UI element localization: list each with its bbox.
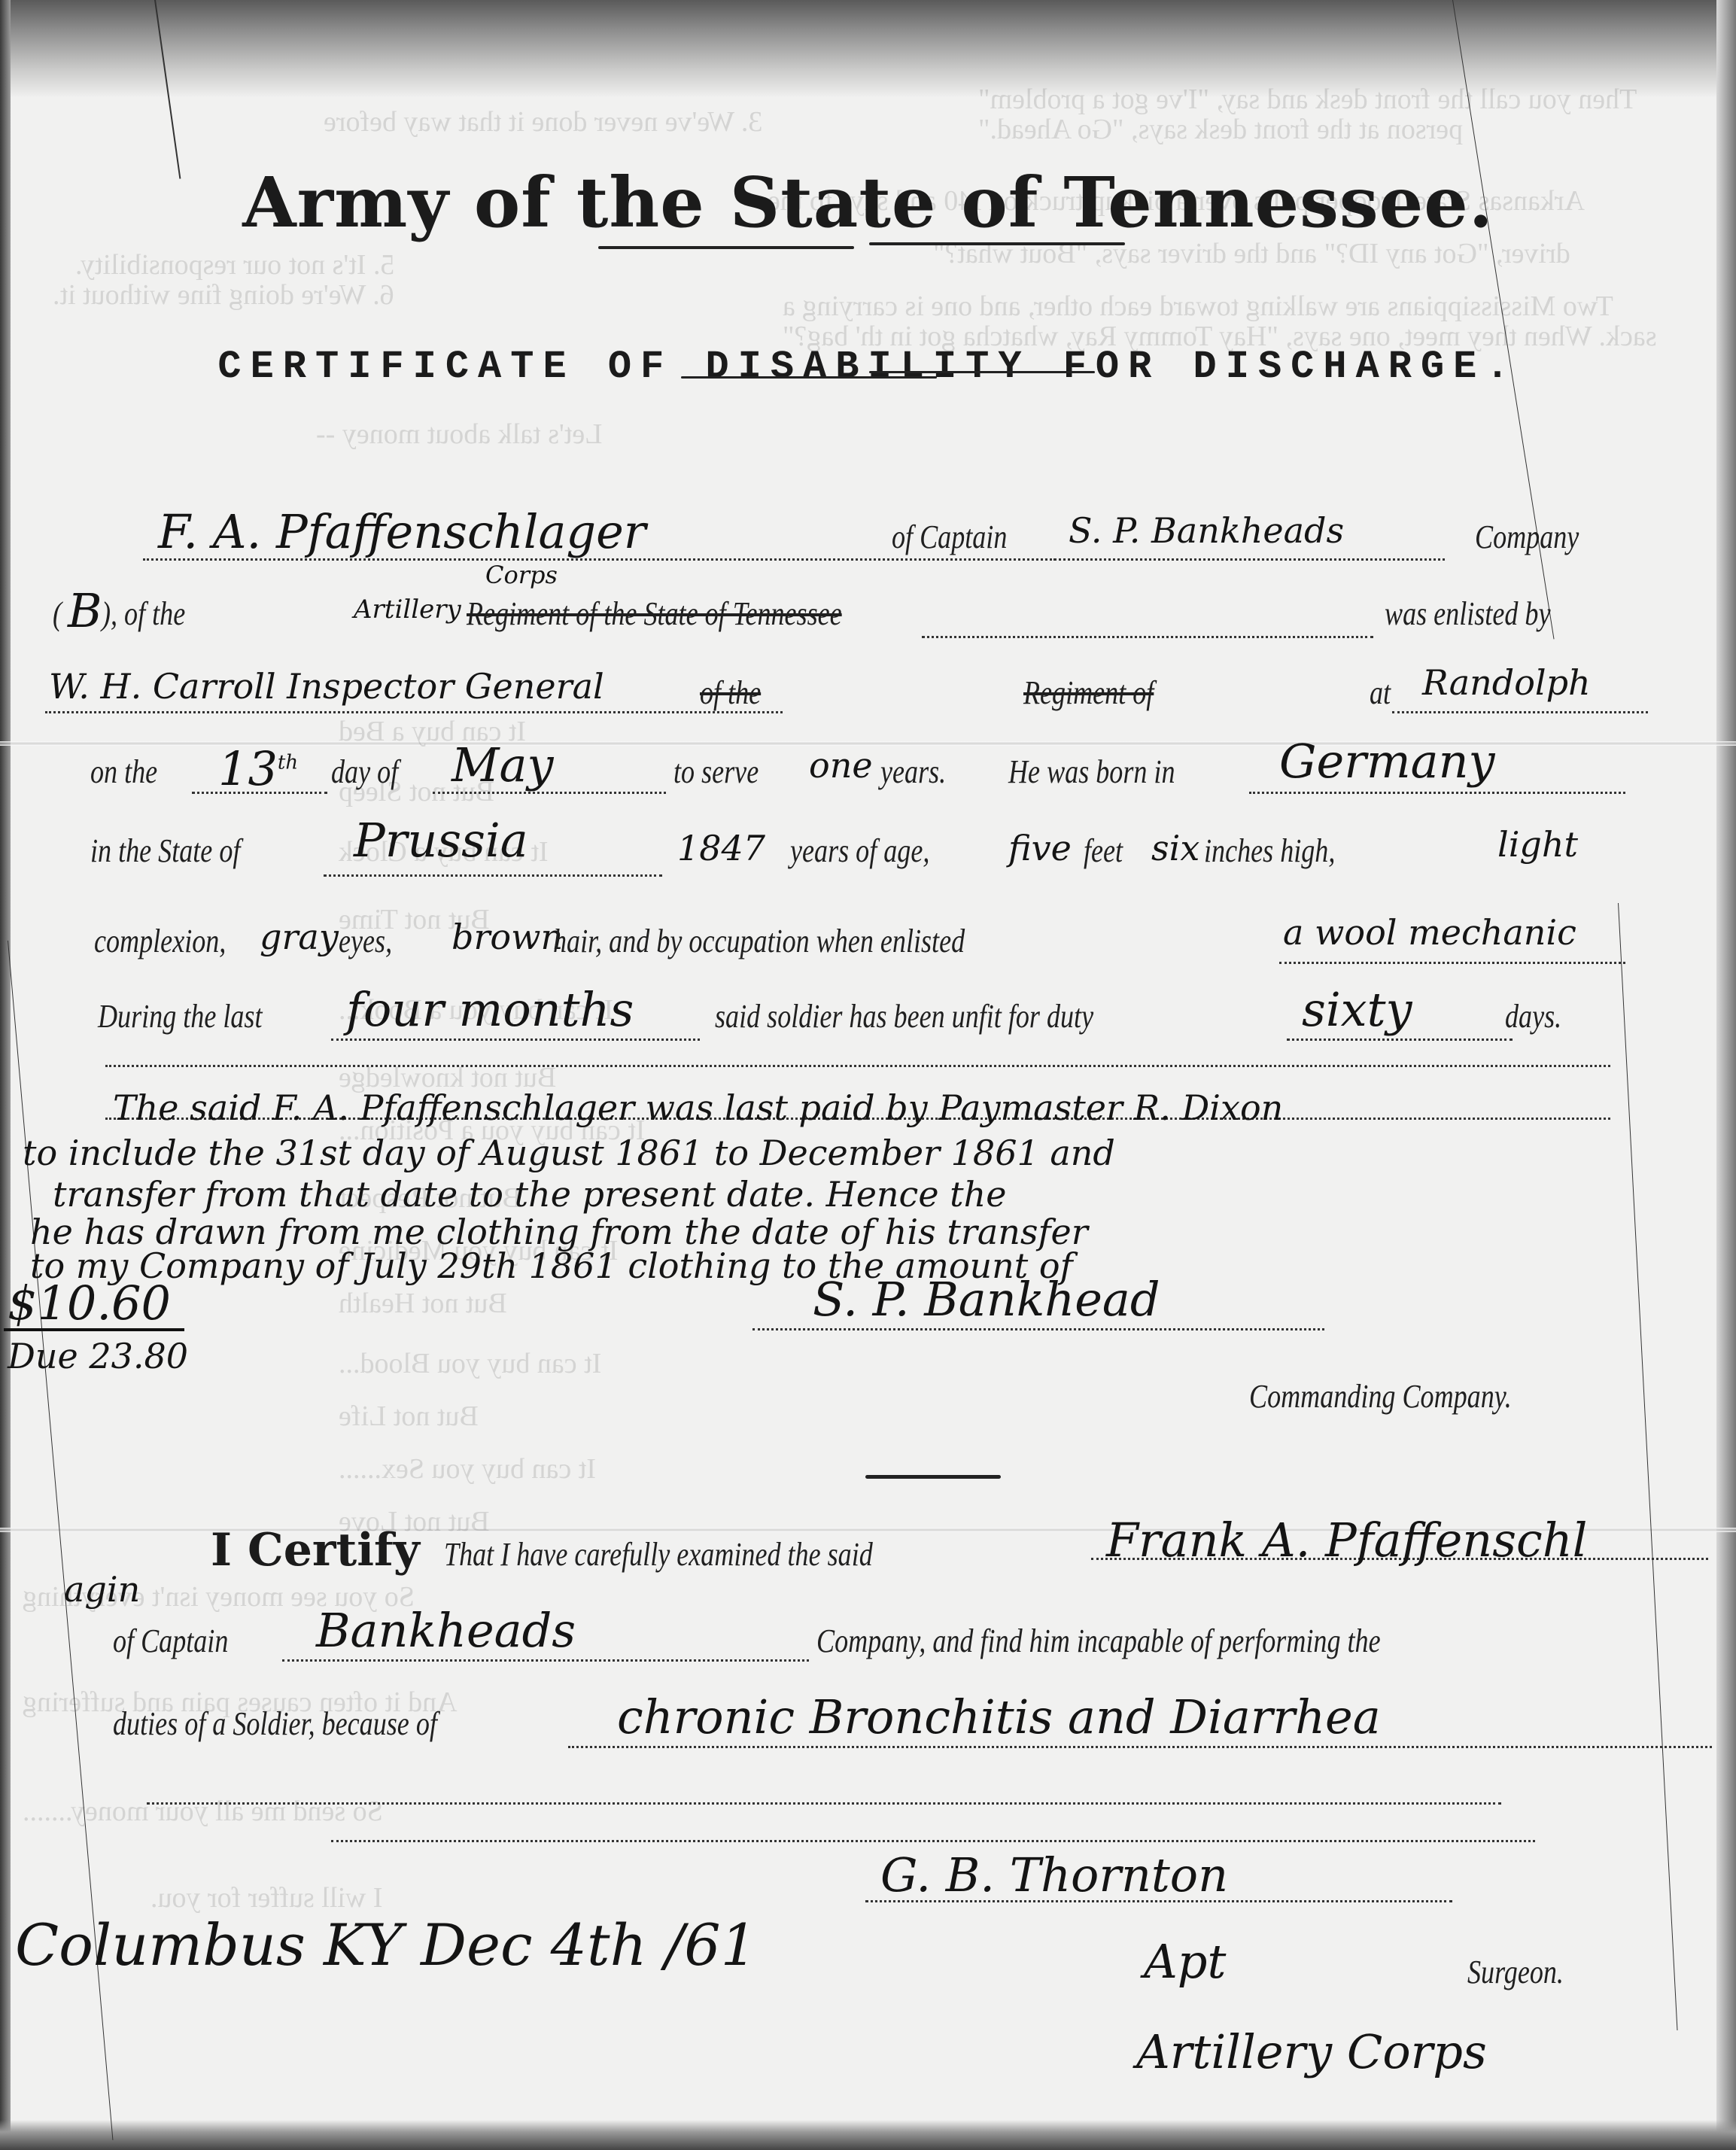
days-unfit-field: sixty <box>1302 982 1412 1037</box>
field-underline <box>1249 792 1625 794</box>
height-inches-field: six <box>1151 828 1199 868</box>
hair-occupation-label: hair, and by occupation when enlisted <box>553 922 965 960</box>
years-label: years. <box>880 753 946 791</box>
extra-rule <box>331 1840 1535 1842</box>
remarks-line: The said F. A. Pfaffenschlager was last … <box>113 1087 1283 1128</box>
age-field: 1847 <box>677 828 765 868</box>
period-field: four months <box>346 982 634 1037</box>
height-feet-field: five <box>1008 828 1072 868</box>
title-ornament-rule <box>869 242 1125 245</box>
company-incapable-label: Company, and find him incapable of perfo… <box>816 1622 1381 1660</box>
term-field: one <box>809 745 873 786</box>
state-field: Prussia <box>354 813 528 868</box>
open-paren: ( <box>53 595 62 633</box>
signature-line <box>752 1328 1324 1330</box>
born-in-field: Germany <box>1279 734 1495 789</box>
of-captain-label: of Captain <box>113 1622 228 1660</box>
subtitle-ornament-rule <box>869 371 1095 373</box>
certify-heading: I Certify <box>211 1524 420 1577</box>
remarks-rule <box>105 1065 1610 1067</box>
enlisted-at-field: Randolph <box>1422 662 1591 703</box>
years-of-age-label: years of age, <box>790 832 929 870</box>
commanding-company-label: Commanding Company. <box>1249 1377 1512 1416</box>
scan-edge-right <box>1716 0 1736 2150</box>
eyes-field: gray <box>260 917 339 957</box>
company-letter-field: B <box>68 583 102 638</box>
regiment-label: Regiment of the State of Tennessee <box>467 595 842 633</box>
field-underline <box>1279 962 1625 964</box>
field-underline <box>922 636 1373 638</box>
in-state-label: in the State of <box>90 832 240 870</box>
captain-name-field: S. P. Bankheads <box>1069 510 1344 551</box>
paper-crease <box>1618 903 1678 2030</box>
to-serve-label: to serve <box>673 753 759 791</box>
field-underline <box>331 1039 700 1041</box>
title-ornament-rule <box>598 246 854 249</box>
field-underline <box>568 1746 1712 1748</box>
field-underline <box>324 874 662 877</box>
certify-captain-field: Bankheads <box>316 1603 576 1658</box>
feet-label: feet <box>1084 832 1123 870</box>
surgeon-signature: G. B. Thornton <box>880 1847 1228 1902</box>
margin-note: agin <box>64 1569 140 1610</box>
of-the-label: ), of the <box>102 595 185 633</box>
company-label: Company <box>1475 518 1579 556</box>
at-label: at <box>1370 674 1391 712</box>
inches-label: inches high, <box>1204 832 1335 870</box>
day-of-label: day of <box>331 753 398 791</box>
amount-due-field: Due 23.80 <box>8 1336 188 1376</box>
field-underline <box>1053 558 1445 561</box>
was-enlisted-by-label: was enlisted by <box>1385 595 1550 633</box>
scan-edge-left <box>0 0 11 2150</box>
born-in-label: He was born in <box>1008 753 1175 791</box>
enlisted-by-field: W. H. Carroll Inspector General <box>49 666 604 707</box>
complexion-label: complexion, <box>94 922 226 960</box>
remarks-line: to include the 31st day of August 1861 t… <box>23 1133 1115 1173</box>
scan-shadow-bottom <box>0 2120 1736 2150</box>
on-the-label: on the <box>90 753 157 791</box>
month-field: May <box>451 737 553 792</box>
amount-field: $10.60 <box>8 1276 171 1330</box>
regiment-of-struck-label: Regiment of <box>1023 674 1154 712</box>
surgeon-label: Surgeon. <box>1467 1953 1564 1991</box>
place-date-field: Columbus KY Dec 4th /61 <box>15 1911 757 1978</box>
remarks-line: transfer from that date to the present d… <box>53 1174 1007 1215</box>
day-field: 13th <box>218 741 298 796</box>
document-title: Army of the State of Tennessee. <box>0 162 1736 243</box>
unit-type-correction: Corps <box>485 561 558 589</box>
disability-cause-field: chronic Bronchitis and Diarrhea <box>617 1689 1381 1744</box>
captain-signature: S. P. Bankhead <box>813 1272 1160 1327</box>
surgeon-rank: Apt <box>1144 1934 1226 1989</box>
surgeon-unit: Artillery Corps <box>1136 2024 1487 2079</box>
unit-type-field: Artillery <box>354 595 461 625</box>
document-subtitle: CERTIFICATE OF DISABILITY FOR DISCHARGE. <box>0 345 1736 389</box>
field-underline <box>1392 711 1648 713</box>
field-underline <box>282 1659 809 1662</box>
extra-rule <box>147 1802 1501 1805</box>
eyes-label: eyes, <box>339 922 392 960</box>
examined-name-field: Frank A. Pfaffenschl <box>1106 1513 1588 1568</box>
field-underline <box>1287 1039 1513 1041</box>
hair-field: brown <box>451 917 563 957</box>
amount-underline <box>4 1328 184 1331</box>
during-last-label: During the last <box>98 997 262 1035</box>
days-label: days. <box>1505 997 1561 1035</box>
duties-label: duties of a Soldier, because of <box>113 1704 437 1743</box>
soldier-name-field: F. A. Pfaffenschlager <box>158 504 646 559</box>
complexion-field: light <box>1497 824 1578 865</box>
section-divider <box>865 1475 1001 1479</box>
unfit-label: said soldier has been unfit for duty <box>715 997 1093 1035</box>
field-underline <box>45 711 783 713</box>
of-captain-label: of Captain <box>892 518 1007 556</box>
occupation-field: a wool mechanic <box>1283 912 1576 953</box>
subtitle-ornament-rule <box>681 376 937 379</box>
certify-that-label: That I have carefully examined the said <box>444 1535 873 1574</box>
of-the-struck-label: of the <box>700 674 761 712</box>
